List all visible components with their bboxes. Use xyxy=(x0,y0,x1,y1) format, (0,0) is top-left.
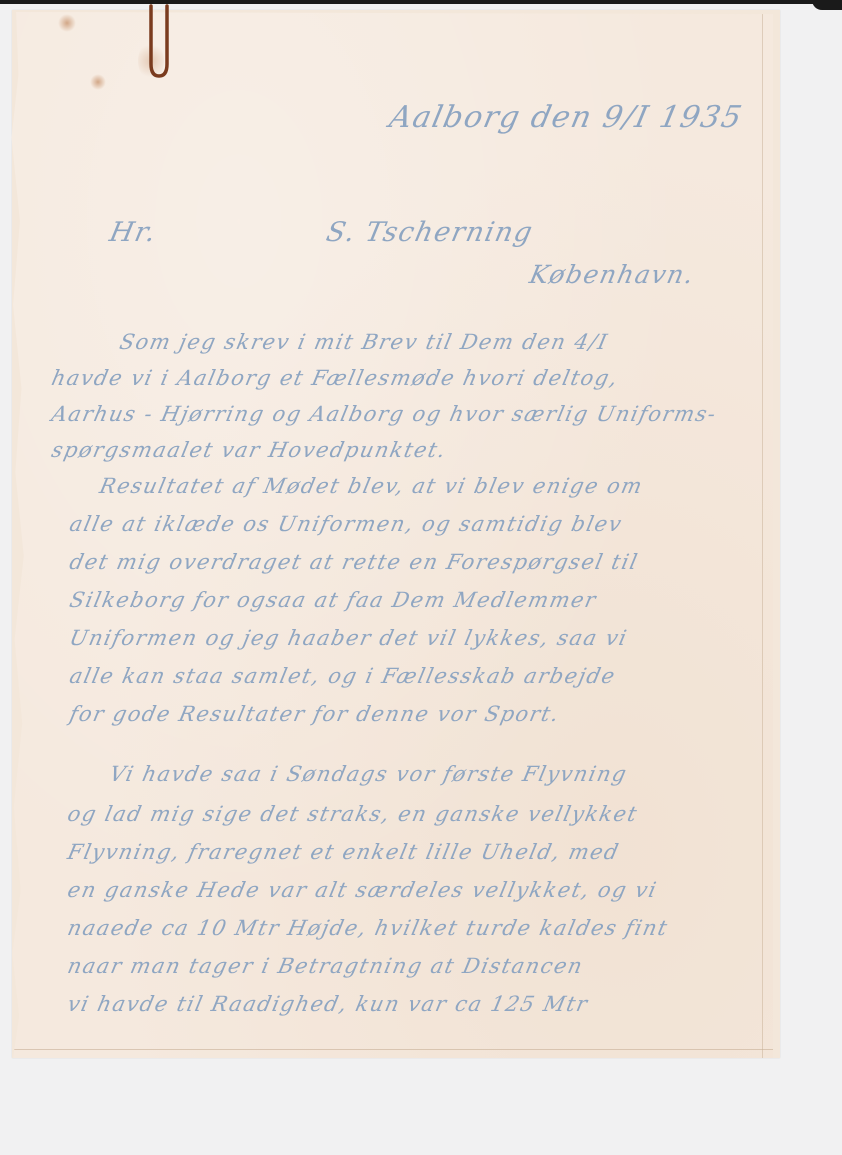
letter-line: naaede ca 10 Mtr Højde, hvilket turde ka… xyxy=(65,916,670,940)
letter-line: Aarhus - Hjørring og Aalborg og hvor sær… xyxy=(49,402,719,426)
letter-line: det mig overdraget at rette en Forespørg… xyxy=(67,550,640,574)
letter-line: vi havde til Raadighed, kun var ca 125 M… xyxy=(65,992,590,1016)
addressee-name: S. Tscherning xyxy=(323,217,536,248)
paperclip-icon xyxy=(145,2,173,80)
letter-line: spørgsmaalet var Hovedpunktet. xyxy=(49,438,448,462)
letter-line: Resultatet af Mødet blev, at vi blev eni… xyxy=(97,474,645,498)
addressee-line: Hr. S. Tscherning xyxy=(107,217,537,248)
letter-line: alle kan staa samlet, og i Fællesskab ar… xyxy=(67,664,618,688)
letter-line: for gode Resultater for denne vor Sport. xyxy=(67,702,562,726)
letter-page: Aalborg den 9/I 1935 Hr. S. Tscherning K… xyxy=(10,12,773,1058)
letter-content: Aalborg den 9/I 1935 Hr. S. Tscherning K… xyxy=(10,12,773,1058)
scanner-corner xyxy=(812,0,842,10)
letter-line: Uniformen og jeg haaber det vil lykkes, … xyxy=(67,626,630,650)
letter-line: Flyvning, fraregnet et enkelt lille Uhel… xyxy=(65,840,621,864)
letter-line: Som jeg skrev i mit Brev til Dem den 4/I xyxy=(117,330,610,354)
addressee-title: Hr. xyxy=(107,217,160,248)
letter-line: Silkeborg for ogsaa at faa Dem Medlemmer xyxy=(67,588,599,612)
letter-line: Vi havde saa i Søndags vor første Flyvni… xyxy=(107,762,629,786)
letter-line: naar man tager i Betragtning at Distance… xyxy=(65,954,585,978)
place-date: Aalborg den 9/I 1935 xyxy=(386,100,746,135)
letter-line: og lad mig sige det straks, en ganske ve… xyxy=(65,802,640,826)
scanner-edge xyxy=(0,0,842,4)
addressee-city: København. xyxy=(527,260,698,289)
letter-line: alle at iklæde os Uniformen, og samtidig… xyxy=(67,512,624,536)
letter-line: havde vi i Aalborg et Fællesmøde hvori d… xyxy=(49,366,620,390)
letter-line: en ganske Hede var alt særdeles vellykke… xyxy=(65,878,659,902)
